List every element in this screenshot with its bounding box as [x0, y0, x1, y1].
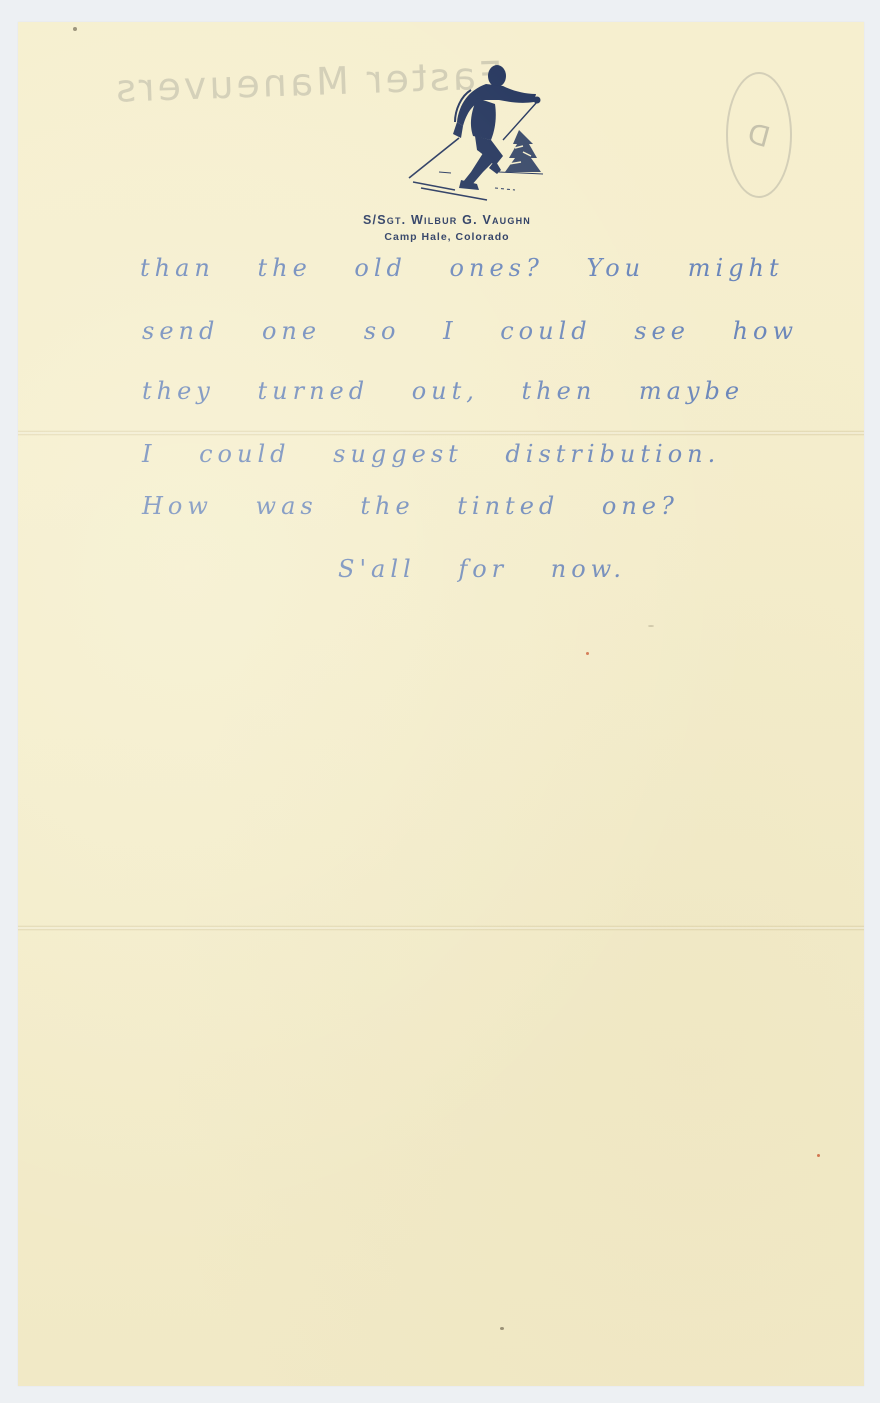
paper-speck [500, 1327, 504, 1330]
handwritten-closing: S'all for now. [338, 555, 626, 583]
paper-speck [648, 625, 654, 627]
letterhead-location: Camp Hale, Colorado [384, 231, 509, 243]
handwritten-line: I could suggest distribution. [142, 440, 720, 468]
handwritten-line: send one so I could see how [142, 317, 798, 345]
letterhead: S/Sgt. Wilbur G. Vaughn Camp Hale, Color… [18, 60, 864, 243]
handwritten-line: How was the tinted one? [142, 492, 679, 520]
paper-speck [817, 1154, 820, 1157]
letterhead-name: S/Sgt. Wilbur G. Vaughn [363, 213, 531, 227]
handwritten-line: than the old ones? You might [140, 254, 784, 282]
letter-paper: Easter Maneuvers D [18, 22, 864, 1386]
handwritten-line: they turned out, then maybe [142, 377, 744, 405]
scanned-page: Easter Maneuvers D [0, 0, 880, 1403]
skier-icon [391, 60, 561, 205]
fold-crease [18, 925, 864, 931]
fold-crease [18, 430, 864, 436]
paper-speck [586, 652, 589, 655]
paper-speck [73, 27, 77, 31]
